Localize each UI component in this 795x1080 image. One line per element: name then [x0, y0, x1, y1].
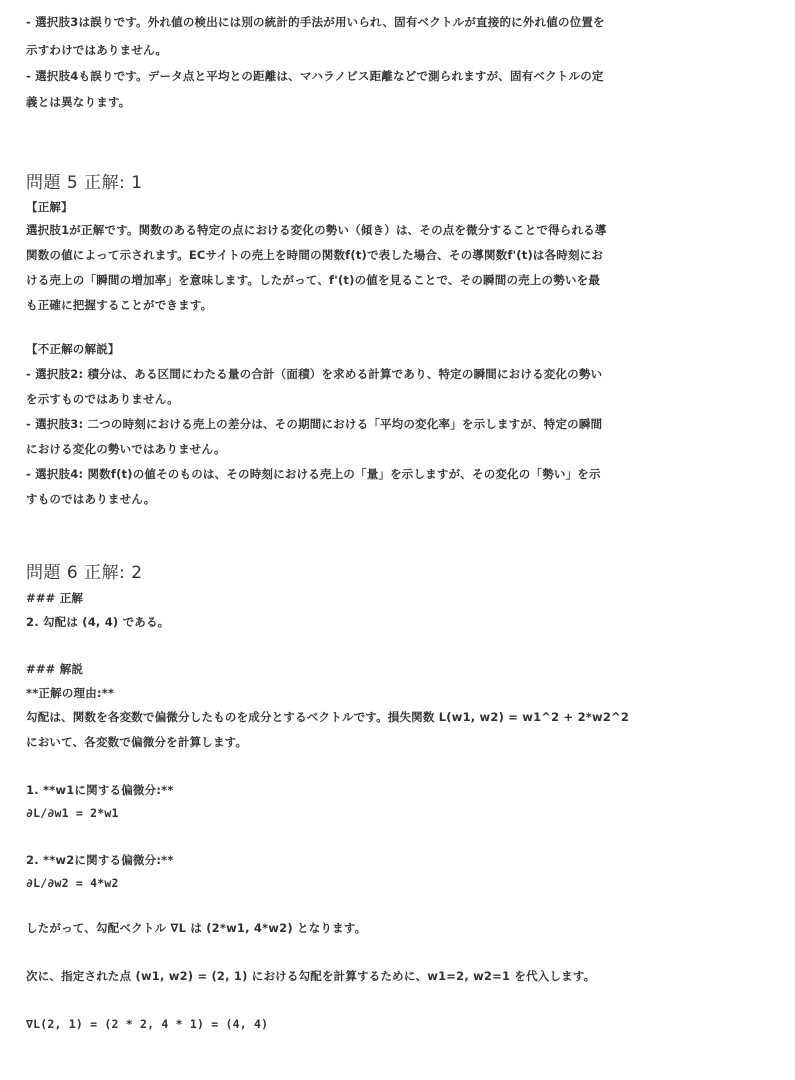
- q6-heading: 問題 6 正解: 2: [26, 558, 143, 583]
- q5-heading: 問題 5 正解: 1: [26, 168, 143, 193]
- q6-reason-line2: において、各変数で偏微分を計算します。: [26, 734, 247, 750]
- q6-answer-text: 2. 勾配は (4, 4) である。: [26, 614, 169, 630]
- q5-incorrect-label: 【不正解の解説】: [26, 341, 120, 357]
- prev-choice3-line2: 示すわけではありません。: [26, 42, 167, 58]
- q5-incorrect-line4: における変化の勢いではありません。: [26, 441, 226, 457]
- q6-step2-formula: ∂L/∂w2 = 4*w2: [26, 875, 119, 891]
- q6-explanation-header: ### 解説: [26, 661, 83, 677]
- document-page: - 選択肢3は誤りです。外れ値の検出には別の統計的手法が用いられ、固有ベクトルが…: [0, 0, 795, 1080]
- q6-reason-line1: 勾配は、関数を各変数で偏微分したものを成分とするベクトルです。損失関数 L(w1…: [26, 709, 629, 725]
- q6-substitute-text: 次に、指定された点 (w1, w2) = (2, 1) における勾配を計算するた…: [26, 968, 595, 984]
- prev-choice4-line2: 義とは異なります。: [26, 94, 130, 110]
- prev-choice3-line1: - 選択肢3は誤りです。外れ値の検出には別の統計的手法が用いられ、固有ベクトルが…: [26, 14, 605, 30]
- q6-gradient-text: したがって、勾配ベクトル ∇L は (2*w1, 4*w2) となります。: [26, 920, 366, 936]
- q5-correct-label: 【正解】: [26, 199, 73, 215]
- q5-incorrect-line6: すものではありません。: [26, 491, 155, 507]
- q5-incorrect-line5: - 選択肢4: 関数f(t)の値そのものは、その時刻における売上の「量」を示しま…: [26, 466, 601, 482]
- q6-step1-label: 1. **w1に関する偏微分:**: [26, 782, 174, 798]
- q5-incorrect-line1: - 選択肢2: 積分は、ある区間にわたる量の合計（面積）を求める計算であり、特定…: [26, 366, 602, 382]
- q6-step2-label: 2. **w2に関する偏微分:**: [26, 852, 174, 868]
- prev-choice4-line1: - 選択肢4も誤りです。データ点と平均との距離は、マハラノビス距離などで測られま…: [26, 68, 604, 84]
- q5-correct-line3: ける売上の「瞬間の増加率」を意味します。したがって、f'(t)の値を見ることで、…: [26, 272, 600, 288]
- q6-answer-header: ### 正解: [26, 590, 83, 606]
- q6-reason-label: **正解の理由:**: [26, 685, 114, 701]
- q5-correct-line4: も正確に把握することができます。: [26, 297, 212, 313]
- q6-result-formula: ∇L(2, 1) = (2 * 2, 4 * 1) = (4, 4): [26, 1016, 268, 1032]
- q6-step1-formula: ∂L/∂w1 = 2*w1: [26, 805, 119, 821]
- q5-correct-line2: 関数の値によって示されます。ECサイトの売上を時間の関数f(t)で表した場合、そ…: [26, 247, 603, 263]
- q5-correct-line1: 選択肢1が正解です。関数のある特定の点における変化の勢い（傾き）は、その点を微分…: [26, 222, 607, 238]
- q5-incorrect-line2: を示すものではありません。: [26, 391, 179, 407]
- q5-incorrect-line3: - 選択肢3: 二つの時刻における売上の差分は、その期間における「平均の変化率」…: [26, 416, 602, 432]
